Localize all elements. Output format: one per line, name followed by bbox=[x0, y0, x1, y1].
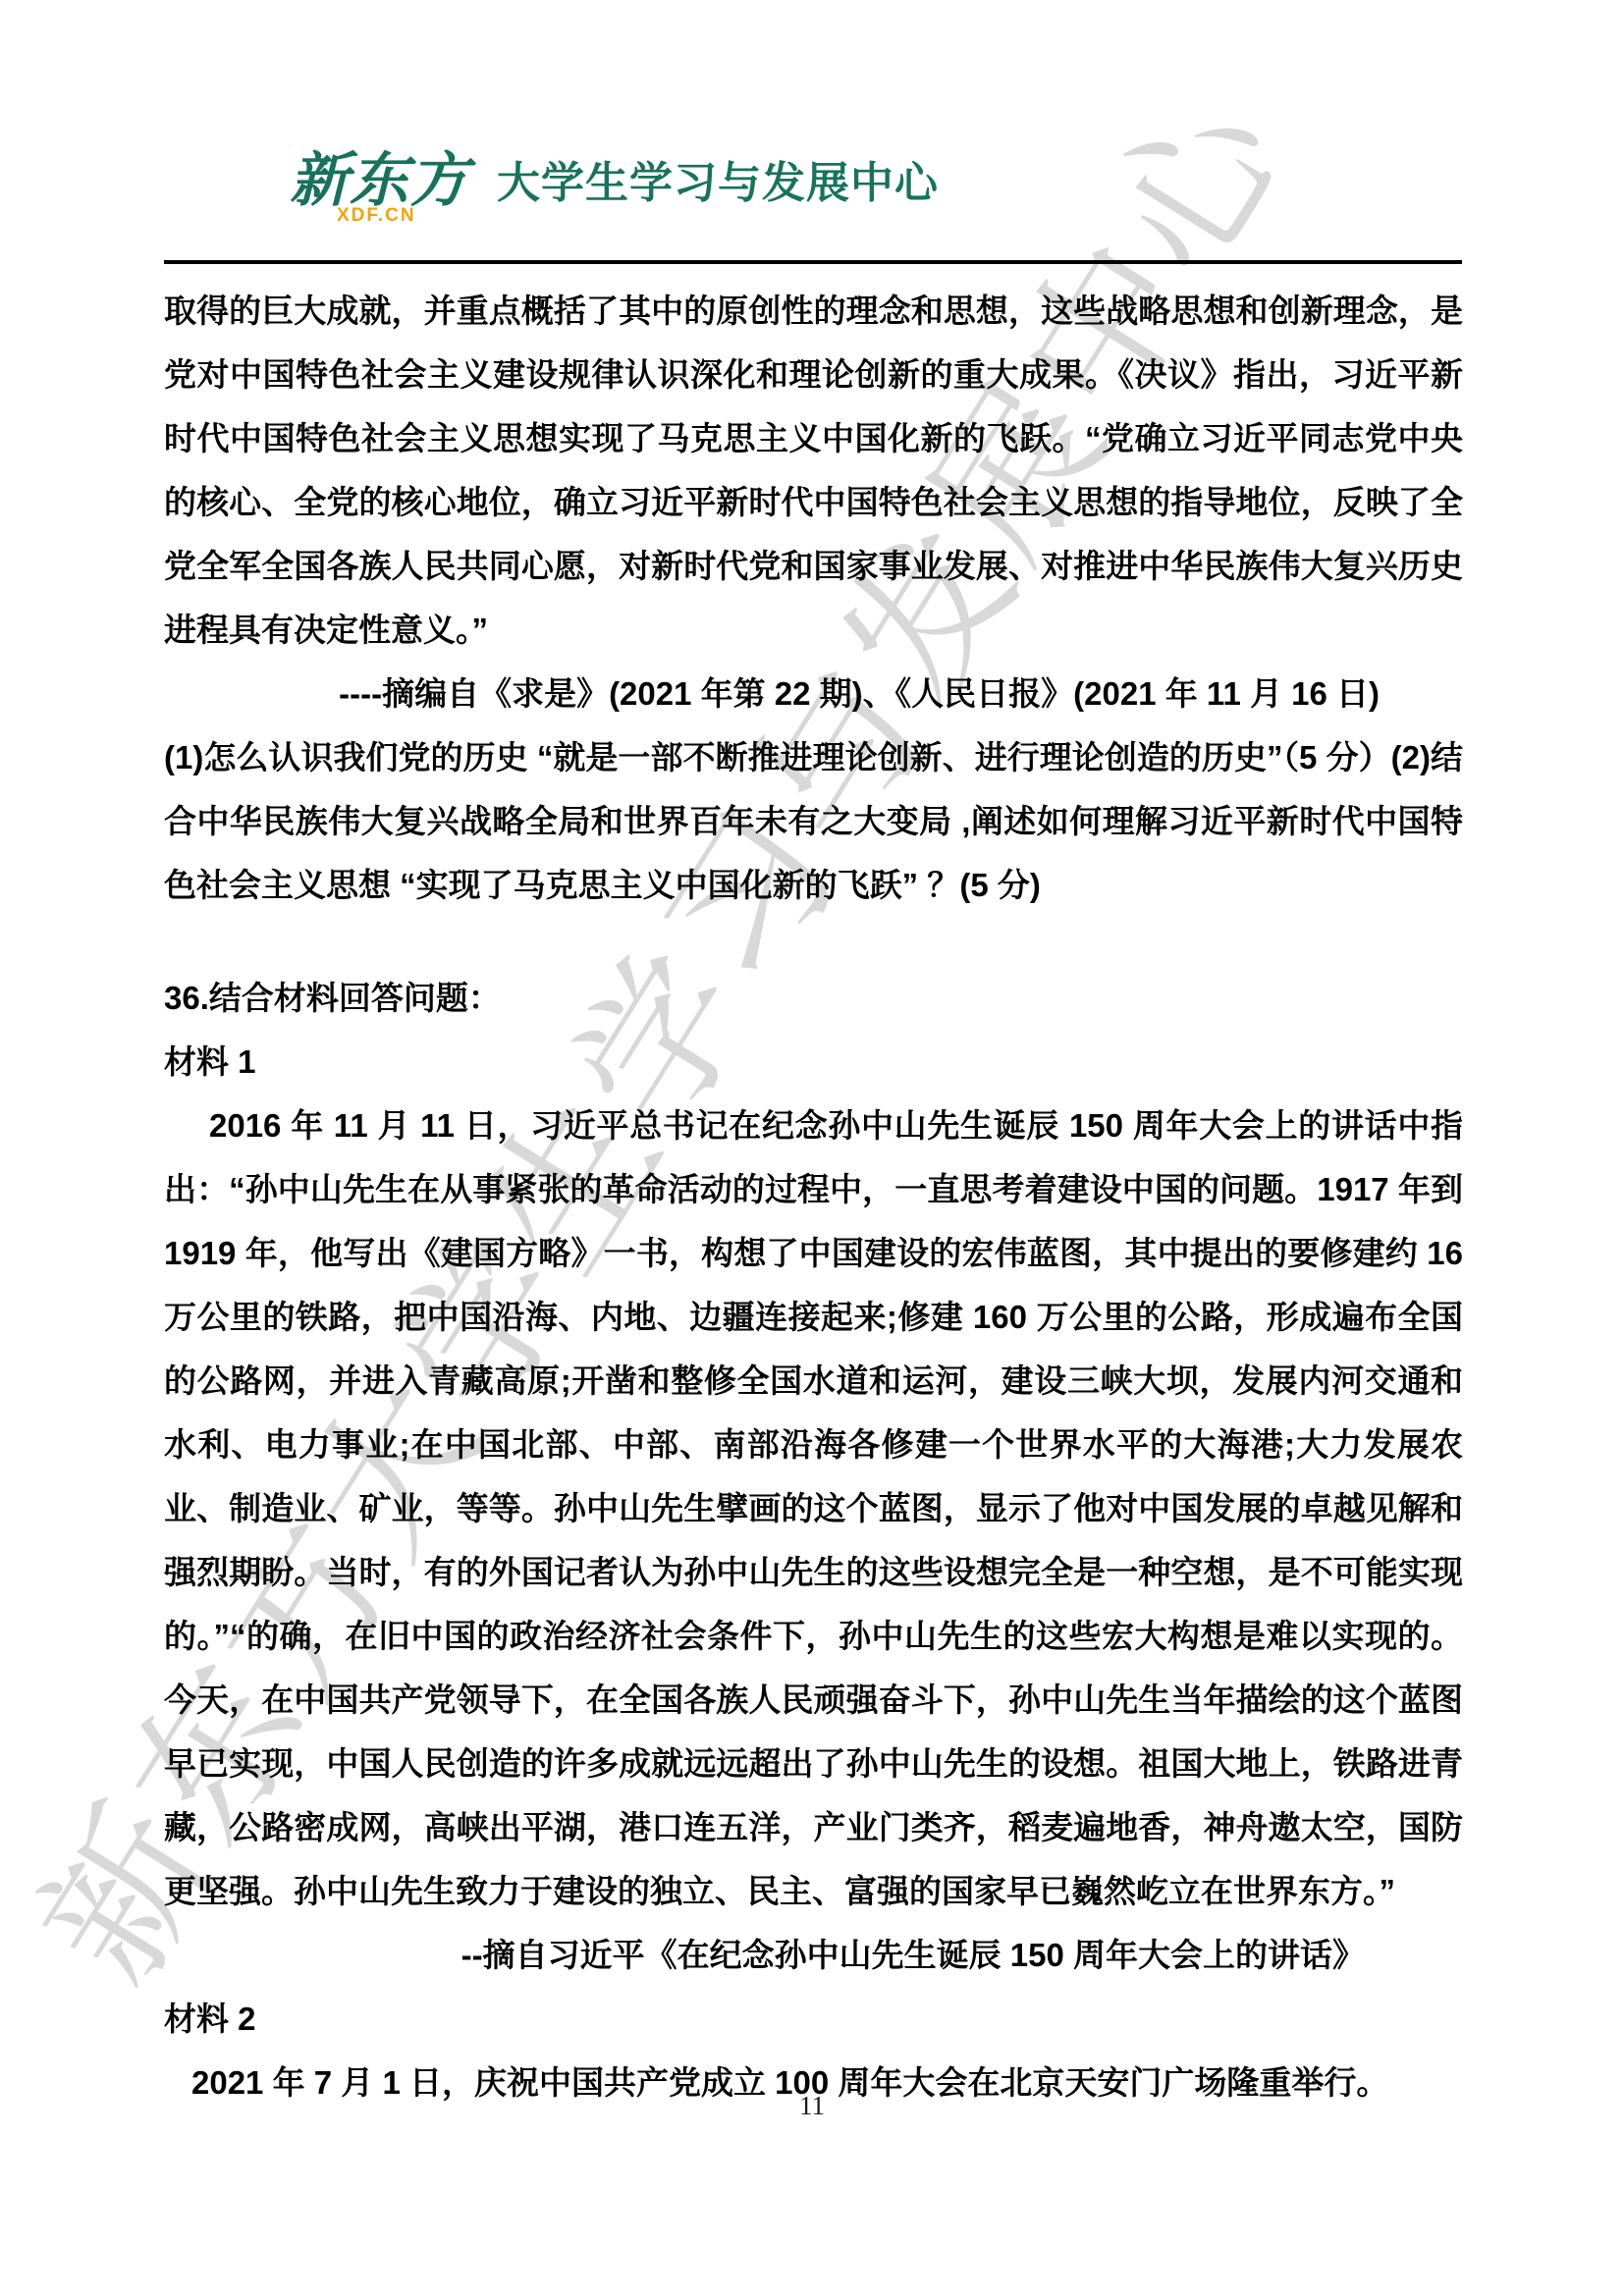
document-body: 取得的巨大成就，并重点概括了其中的原创性的理念和思想，这些战略思想和创新理念，是… bbox=[164, 279, 1463, 2114]
logo-domain-text: XDF.CN bbox=[290, 205, 469, 227]
material-2-label: 材料 2 bbox=[164, 1987, 1463, 2051]
question-36-heading: 36.结合材料回答问题： bbox=[164, 966, 1463, 1030]
paragraph-resolution-summary: 取得的巨大成就，并重点概括了其中的原创性的理念和思想，这些战略思想和创新理念，是… bbox=[164, 279, 1463, 662]
question-35-subquestions: (1)怎么认识我们党的历史 “就是一部不断推进理论创新、进行理论创造的历史”（5… bbox=[164, 725, 1463, 917]
citation-source-2: --摘自习近平《在纪念孙中山先生诞辰 150 周年大会上的讲话》 bbox=[164, 1923, 1463, 1987]
xdf-logo: 新东方 XDF.CN bbox=[290, 152, 469, 227]
material-1-text: 2016 年 11 月 11 日，习近平总书记在纪念孙中山先生诞辰 150 周年… bbox=[164, 1094, 1463, 1923]
material-1-label: 材料 1 bbox=[164, 1030, 1463, 1094]
header: 新东方 XDF.CN 大学生学习与发展中心 bbox=[290, 152, 939, 227]
document-page: 新东方大学生学习与发展中心 新东方 XDF.CN 大学生学习与发展中心 取得的巨… bbox=[0, 0, 1624, 2296]
citation-source-1: ----摘编自《求是》(2021 年第 22 期)、《人民日报》(2021 年 … bbox=[164, 662, 1463, 725]
header-divider bbox=[164, 260, 1462, 264]
header-center-name: 大学生学习与发展中心 bbox=[497, 154, 939, 213]
logo-wordmark: 新东方 bbox=[290, 152, 469, 209]
page-number: 11 bbox=[799, 2091, 825, 2120]
page-footer: 11 bbox=[0, 2091, 1624, 2121]
